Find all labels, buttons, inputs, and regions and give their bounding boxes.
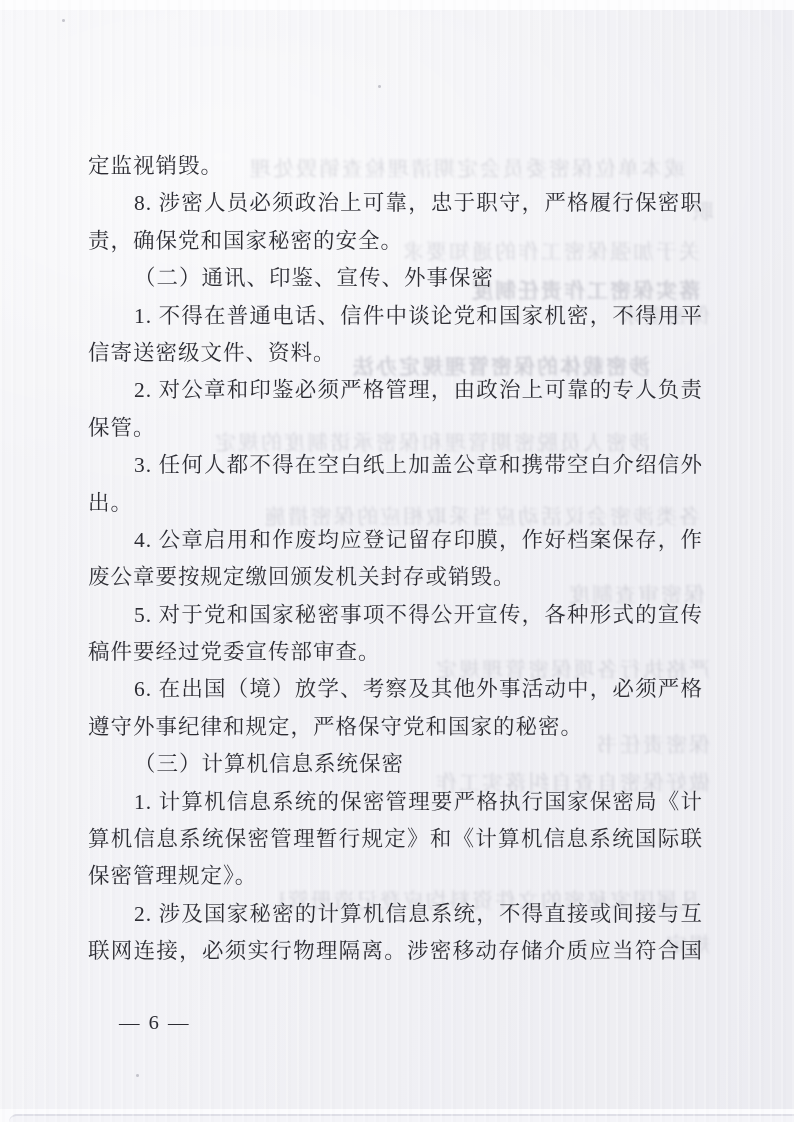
section-heading: （二）通讯、印鉴、宣传、外事保密 [88,260,703,297]
text-line: 算机信息系统保密管理暂行规定》和《计算机信息系统国际联网 [88,821,703,858]
text-line: 责，确保党和国家秘密的安全。 [88,223,703,260]
text-line: 保密管理规定》。 [88,858,703,895]
scan-speck [378,85,381,88]
text-line: 废公章要按规定缴回颁发机关封存或销毁。 [88,559,703,596]
scan-top-edge [0,0,794,10]
text-line: 2. 涉及国家秘密的计算机信息系统，不得直接或间接与互 [88,896,703,933]
text-line: 2. 对公章和印鉴必须严格管理，由政治上可靠的专人负责 [88,372,703,409]
text-line: 稿件要经过党委宣传部审查。 [88,634,703,671]
text-line: 遵守外事纪律和规定，严格保守党和国家的秘密。 [88,709,703,746]
scan-speck [136,1074,139,1077]
scan-bottom-edge [0,1109,794,1122]
text-line: 1. 计算机信息系统的保密管理要严格执行国家保密局《计 [88,784,703,821]
text-line: 定监视销毁。 [88,148,703,185]
text-line: 联网连接，必须实行物理隔离。涉密移动存储介质应当符合国家 [88,933,703,970]
text-line: 保管。 [88,410,703,447]
scanned-document-page: 或本单位保密委员会定期清理检查销毁处理 职 关于加强保密工作的通知要求 落实保密… [0,0,794,1122]
text-line: 4. 公章启用和作废均应登记留存印膜，作好档案保存，作 [88,522,703,559]
scan-speck [62,19,65,22]
text-line: 出。 [88,485,703,522]
text-line: 8. 涉密人员必须政治上可靠，忠于职守，严格履行保密职 [88,185,703,222]
text-line: 1. 不得在普通电话、信件中谈论党和国家机密，不得用平 [88,298,703,335]
section-heading: （三）计算机信息系统保密 [88,746,703,783]
text-line: 3. 任何人都不得在空白纸上加盖公章和携带空白介绍信外 [88,447,703,484]
document-body: 定监视销毁。 8. 涉密人员必须政治上可靠，忠于职守，严格履行保密职 责，确保党… [88,148,703,971]
page-number: — 6 — [119,1012,191,1035]
text-line: 信寄送密级文件、资料。 [88,335,703,372]
text-line: 6. 在出国（境）放学、考察及其他外事活动中，必须严格 [88,671,703,708]
text-line: 5. 对于党和国家秘密事项不得公开宣传，各种形式的宣传 [88,597,703,634]
next-page-edge [9,1114,794,1122]
